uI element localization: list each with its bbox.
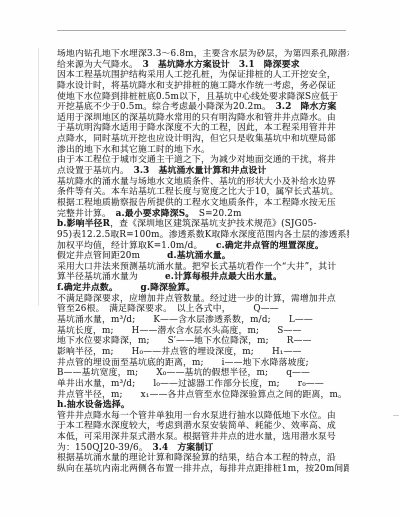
text-line: 完整井计算。 a.最小要求降深S。 S=20.2m [57, 209, 349, 220]
text-run: 点设置于基坑内。 [57, 166, 125, 176]
text-line: 于基坑明沟降水适用于降水深度不大的工程，因此，本工程采用管井井 [57, 123, 349, 134]
text-run: 于本工程降水深度较大，考虑到潜水泵安装简单、耗能少、效率高、成 [57, 421, 336, 431]
text-run: 因本工程基坑围护结构采用人工挖孔桩，为保证排桩的人工开挖安全， [57, 70, 336, 80]
text-line: 管至26根。 满足降深要求。 以上各式中， Q—— [57, 304, 349, 315]
heading-run: b.影响半径R [57, 219, 110, 229]
text-line: 条件等有关。本车站基坑工程长度与宽度之比大于10，属窄长式基坑。 [57, 187, 349, 198]
text-line: 开挖基底不少于0.5m。综合考虑最小降深为20.2m。 3.2 降水方案 [57, 102, 349, 113]
text-run: 根据工程地质勘察报告所提供的工程水文地质条件，本工程降水按无压 [57, 198, 336, 208]
heading-run: g.降深验算。 [141, 283, 196, 293]
text-line: 根据工程地质勘察报告所提供的工程水文地质条件，本工程降水按无压 [57, 198, 349, 209]
text-run: 95)表12.2.5取R=100m。渗透系数K取降水深度范围内各土层的渗透系数 [57, 230, 349, 240]
text-run: 于基坑明沟降水适用于降水深度不大的工程，因此，本工程采用管井井 [57, 123, 336, 133]
scanned-document-page: 场地内钻孔地下水埋深3.3～6.8m，主要含水层为砂层，为第四系孔隙潜水，主要补… [0, 0, 400, 517]
text-line: 使地下水位降到排桩桩底0.5m以下，且基坑中心线处要求降深S应低于 [57, 92, 349, 103]
text-line: 点降水，同时基坑开挖也应设计明沟，但它只是收集基坑中和坑壁局部 [57, 134, 349, 145]
text-run: 点降水，同时基坑开挖也应设计明沟，但它只是收集基坑中和坑壁局部 [57, 134, 336, 144]
text-run: 井点管半径，m; x₁——各井点管至水位降深验算点之间的距离，m。 [57, 390, 347, 400]
text-run: 基坑涌水量，m³/d; K——含水层渗透系数，m/d; L—— [57, 315, 313, 325]
text-line: 基坑长度，m; H——潜水含水层水头高度，m; S—— [57, 326, 349, 337]
text-line: 点设置于基坑内。 3.3 基坑涌水量计算和井点设计 [57, 166, 349, 177]
text-run: 假定井点管间距20m [57, 251, 167, 261]
text-run: 加权平均值，经计算取K=1.0m/d。 [57, 241, 216, 251]
text-run: 给来源为大气降水。 [57, 60, 134, 70]
text-line: 基坑降水的涌水量与场地水文地质条件、基坑的形状大小及补给水边界 [57, 177, 349, 188]
text-line: 为：150QJ20-39/6。 3.4 方案制订 [57, 443, 349, 454]
text-line: 影响半径，m; H₀——井点管的埋设深度，m; H₁—— [57, 347, 349, 358]
text-line: f.确定井点数。 g.降深验算。 [57, 283, 349, 294]
text-line: 渗出的地下水和其它施工时的地下水。 [57, 145, 349, 156]
text-line: 根据基坑涌水量的理论计算和降深验算的结果，结合本工程的特点，沿 [57, 453, 349, 464]
text-run: 降水设计时，将基坑降水和支护排桩的施工降水作统一考虑，务必保证 [57, 81, 336, 91]
text-run: S=20.2m [190, 209, 242, 219]
text-line: 不满足降深要求，应增加井点管数量。经过进一步的计算，需增加井点 [57, 294, 349, 305]
text-line: 本低，可采用深井泵式潜水泵。根据管井井点的进水量，选用潜水泵号 [57, 432, 349, 443]
scan-artifact-right-mark [393, 415, 399, 416]
text-line: 由于本工程位于城市交通主干道之下，为减少对地面交通的干扰，将井 [57, 155, 349, 166]
text-run: 井点管的埋设面至基坑底的距离，m; i——地下水降落坡度; [57, 358, 309, 368]
text-line: 适用于深圳地区的深基坑降水常用的只有明沟降水和管井井点降水。由 [57, 113, 349, 124]
text-line: 管井井点降水每一个管井单独用一台水泵进行抽水以降低地下水位。由 [57, 411, 349, 422]
text-line: 给来源为大气降水。 3 基坑降水方案设计 3.1 降深要求 [57, 60, 349, 71]
heading-run: e.计算每根井点最大出水量。 [165, 272, 282, 282]
heading-run: h.抽水设备选择。 [57, 400, 130, 410]
heading-run: d.基坑涌水量。 [167, 251, 231, 261]
text-line: 单井出水量，m³/d; l₀——过滤器工作部分长度，m; r₀—— [57, 379, 349, 390]
text-run: ，查《深圳地区建筑深基坑支护技术规范》(SJG05- [110, 219, 317, 229]
text-run: 适用于深圳地区的深基坑降水常用的只有明沟降水和管井井点降水。由 [57, 113, 336, 123]
text-line: 井点管半径，m; x₁——各井点管至水位降深验算点之间的距离，m。 [57, 390, 349, 401]
text-run: 完整井计算。 [57, 209, 116, 219]
heading-run: f.确定井点数。 [57, 283, 114, 293]
text-run: 管井井点降水每一个管井单独用一台水泵进行抽水以降低地下水位。由 [57, 411, 336, 421]
text-line: 加权平均值，经计算取K=1.0m/d。 c.确定井点管的埋置深度。 [57, 241, 349, 252]
text-line: 基坑涌水量，m³/d; K——含水层渗透系数，m/d; L—— [57, 315, 349, 326]
heading-run: 3.4 方案制订 [143, 443, 213, 453]
text-run: 场地内钻孔地下水埋深3.3～6.8m，主要含水层为砂层，为第四系孔隙潜水，主要补 [57, 49, 349, 59]
heading-run: 3.2 降水方案 [267, 102, 337, 112]
text-run: 条件等有关。本车站基坑工程长度与宽度之比大于10，属窄长式基坑。 [57, 187, 339, 197]
text-line: h.抽水设备选择。 [57, 400, 349, 411]
text-line: 采用大口井法来预测基坑涌水量。把窄长式基坑看作一个“大井”，其计 [57, 262, 349, 273]
heading-run: 3 基坑降水方案设计 3.1 降深要求 [134, 60, 300, 70]
text-run: 开挖基底不少于0.5m。综合考虑最小降深为20.2m。 [57, 102, 267, 112]
text-run: 由于本工程位于城市交通主干道之下，为减少对地面交通的干扰，将井 [57, 155, 336, 165]
text-run: 纵向在基坑内南北两侧各布置一排井点，每排井点距排桩1m，按20m间距 [57, 464, 349, 474]
heading-run: 3.3 基坑涌水量计算和井点设计 [125, 166, 267, 176]
text-line: 因本工程基坑围护结构采用人工挖孔桩，为保证排桩的人工开挖安全， [57, 70, 349, 81]
text-run: 根据基坑涌水量的理论计算和降深验算的结果，结合本工程的特点，沿 [57, 453, 336, 463]
heading-run: a.最小要求降深S。 [116, 209, 190, 219]
text-run [114, 283, 141, 293]
text-run: 基坑长度，m; H——潜水含水层水头高度，m; S—— [57, 326, 301, 336]
text-line: 假定井点管间距20m d.基坑涌水量。 [57, 251, 349, 262]
text-line: 于本工程降水深度较大，考虑到潜水泵安装简单、耗能少、效率高、成 [57, 421, 349, 432]
text-run: B——基坑宽度，m; X₀——基坑的假想半径，m; q—— [57, 368, 310, 378]
text-block: 场地内钻孔地下水埋深3.3～6.8m，主要含水层为砂层，为第四系孔隙潜水，主要补… [57, 49, 349, 479]
text-line: B——基坑宽度，m; X₀——基坑的假想半径，m; q—— [57, 368, 349, 379]
text-run: 影响半径，m; H₀——井点管的埋设深度，m; H₁—— [57, 347, 302, 357]
text-run: 使地下水位降到排桩桩底0.5m以下，且基坑中心线处要求降深S应低于 [57, 92, 338, 102]
heading-run: c.确定井点管的埋置深度。 [216, 241, 324, 251]
text-run: 采用大口井法来预测基坑涌水量。把窄长式基坑看作一个“大井”，其计 [57, 262, 336, 272]
text-run: 本低，可采用深井泵式潜水泵。根据管井井点的进水量，选用潜水泵号 [57, 432, 336, 442]
text-line: b.影响半径R，查《深圳地区建筑深基坑支护技术规范》(SJG05- [57, 219, 349, 230]
text-run: 单井出水量，m³/d; l₀——过滤器工作部分长度，m; r₀—— [57, 379, 324, 389]
header-rule [57, 30, 346, 31]
text-run: 算半径基坑涌水量为 [57, 272, 165, 282]
text-line: 95)表12.2.5取R=100m。渗透系数K取降水深度范围内各土层的渗透系数 [57, 230, 349, 241]
text-run: 为：150QJ20-39/6。 [57, 443, 143, 453]
text-run: 不满足降深要求，应增加井点管数量。经过进一步的计算，需增加井点 [57, 294, 336, 304]
text-line: 井点管的埋设面至基坑底的距离，m; i——地下水降落坡度; [57, 358, 349, 369]
text-run: 地下水位要求降深，m; S′——地下水位降深，m; R—— [57, 336, 312, 346]
text-line: 地下水位要求降深，m; S′——地下水位降深，m; R—— [57, 336, 349, 347]
text-run: 管至26根。 满足降深要求。 以上各式中， Q—— [57, 304, 279, 314]
text-run: 渗出的地下水和其它施工时的地下水。 [57, 145, 210, 155]
scan-artifact-left-line [38, 48, 39, 306]
text-line: 算半径基坑涌水量为 e.计算每根井点最大出水量。 [57, 272, 349, 283]
text-line: 降水设计时，将基坑降水和支护排桩的施工降水作统一考虑，务必保证 [57, 81, 349, 92]
text-line: 纵向在基坑内南北两侧各布置一排井点，每排井点距排桩1m，按20m间距 [57, 464, 349, 475]
text-run: 基坑降水的涌水量与场地水文地质条件、基坑的形状大小及补给水边界 [57, 177, 336, 187]
text-line: 场地内钻孔地下水埋深3.3～6.8m，主要含水层为砂层，为第四系孔隙潜水，主要补 [57, 49, 349, 60]
